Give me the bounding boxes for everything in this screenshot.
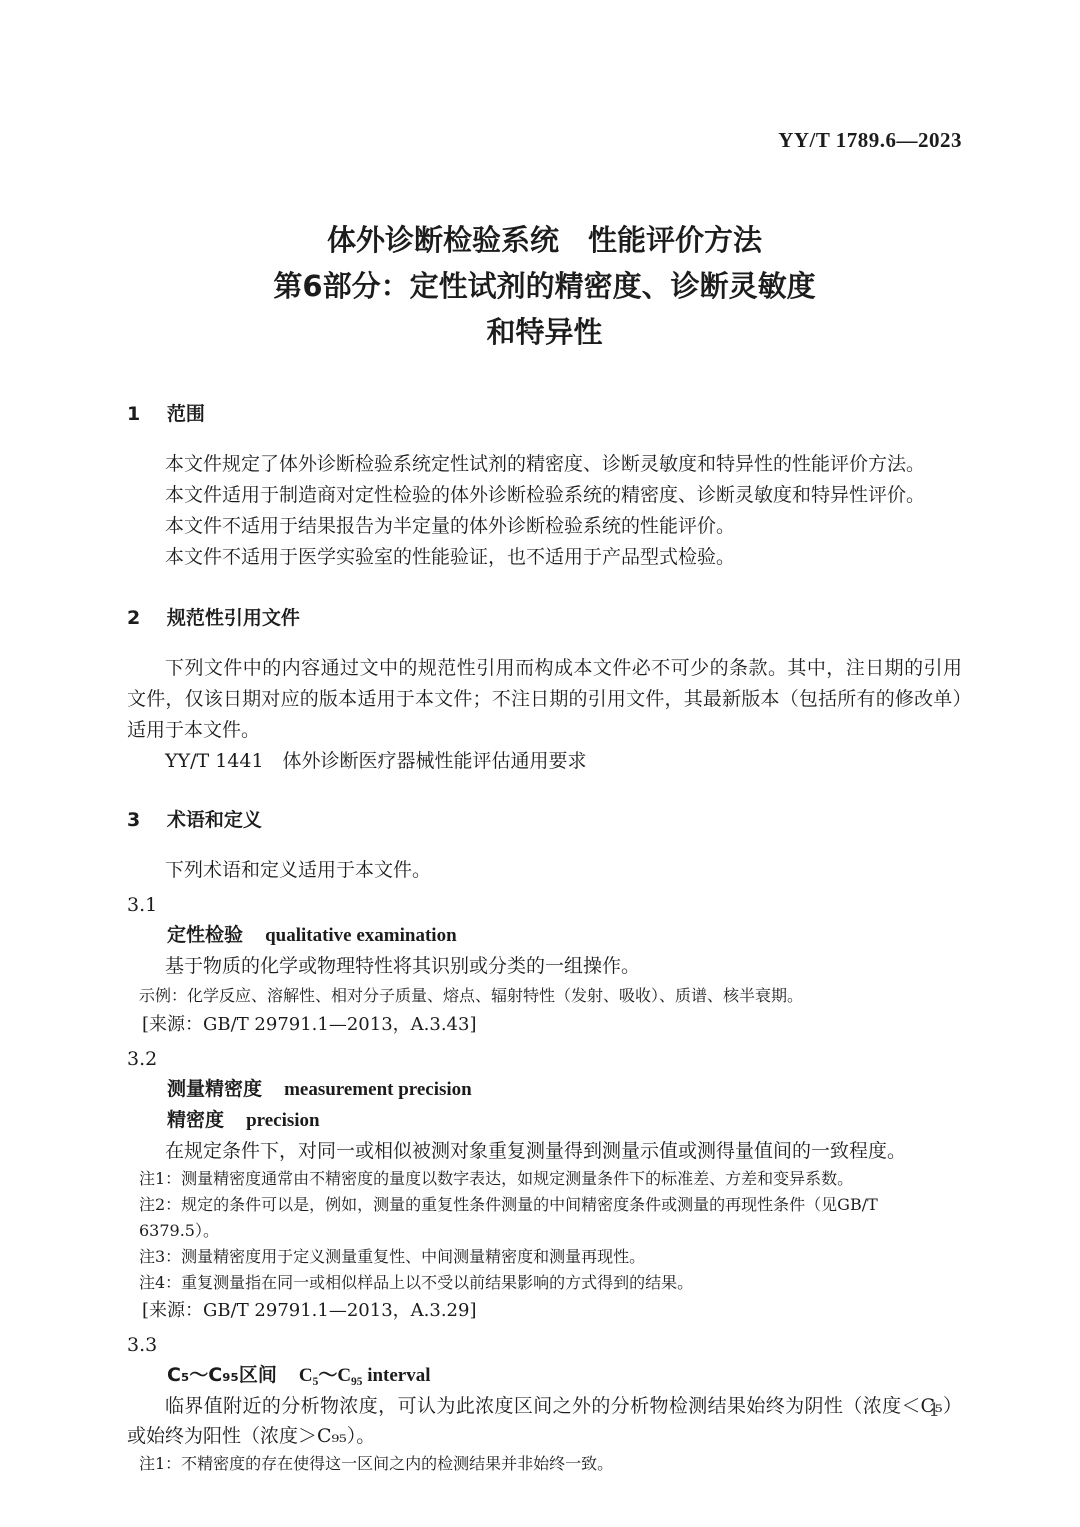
normative-reference-entry: YY/T 1441 体外诊断医疗器械性能评估通用要求 bbox=[127, 746, 962, 777]
term-note: 注3：测量精密度用于定义测量重复性、中间测量精密度和测量再现性。 bbox=[139, 1244, 962, 1270]
term-heading-alt: 精密度 precision bbox=[167, 1105, 962, 1136]
term-en: measurement precision bbox=[284, 1079, 472, 1100]
term-en: qualitative examination bbox=[265, 925, 457, 946]
standard-code: YY/T 1789.6—2023 bbox=[778, 128, 962, 152]
term-definition: 临界值附近的分析物浓度，可认为此浓度区间之外的分析物检测结果始终为阴性（浓度＜C… bbox=[127, 1391, 962, 1451]
term-en: precision bbox=[246, 1110, 320, 1131]
title-line-3: 和特异性 bbox=[127, 309, 962, 355]
term-heading: 定性检验 qualitative examination bbox=[167, 920, 962, 951]
term-id: 3.3 bbox=[127, 1330, 962, 1360]
section-1-title: 范围 bbox=[167, 401, 205, 427]
term-note: 注2：规定的条件可以是，例如，测量的重复性条件测量的中间精密度条件或测量的再现性… bbox=[139, 1192, 962, 1244]
term-zh: C₅～C₉₅区间 bbox=[167, 1364, 277, 1386]
terms-intro: 下列术语和定义适用于本文件。 bbox=[127, 855, 962, 886]
term-note: 注4：重复测量指在同一或相似样品上以不受以前结果影响的方式得到的结果。 bbox=[139, 1270, 962, 1296]
term-source: [来源：GB/T 29791.1—2013，A.3.29] bbox=[142, 1296, 962, 1326]
term-definition: 在规定条件下，对同一或相似被测对象重复测量得到测量示值或测得量值间的一致程度。 bbox=[127, 1136, 962, 1166]
document-title: 体外诊断检验系统 性能评价方法 第6部分：定性试剂的精密度、诊断灵敏度 和特异性 bbox=[127, 217, 962, 355]
term-entry-3-2: 3.2 测量精密度 measurement precision 精密度 prec… bbox=[127, 1044, 962, 1326]
term-example: 示例：化学反应、溶解性、相对分子质量、熔点、辐射特性（发射、吸收）、质谱、核半衰… bbox=[139, 981, 962, 1010]
title-line-2: 第6部分：定性试剂的精密度、诊断灵敏度 bbox=[127, 263, 962, 309]
section-3-title: 术语和定义 bbox=[167, 807, 262, 833]
section-2-heading: 2 规范性引用文件 bbox=[127, 605, 962, 631]
term-note: 注1：不精密度的存在使得这一区间之内的检测结果并非始终一致。 bbox=[139, 1451, 962, 1477]
term-definition: 基于物质的化学或物理特性将其识别或分类的一组操作。 bbox=[127, 951, 962, 981]
term-note: 注1：测量精密度通常由不精密度的量度以数字表达，如规定测量条件下的标准差、方差和… bbox=[139, 1166, 962, 1192]
term-en: C₅～C₉₅ interval bbox=[299, 1365, 431, 1386]
term-zh: 测量精密度 bbox=[167, 1078, 262, 1100]
normative-refs-paragraph: 下列文件中的内容通过文中的规范性引用而构成本文件必不可少的条款。其中，注日期的引… bbox=[127, 653, 962, 746]
term-source: [来源：GB/T 29791.1—2013，A.3.43] bbox=[142, 1010, 962, 1040]
page-number: 1 bbox=[929, 1400, 940, 1421]
scope-paragraph: 本文件不适用于医学实验室的性能验证，也不适用于产品型式检验。 bbox=[127, 542, 962, 573]
term-entry-3-3: 3.3 C₅～C₉₅区间 C₅～C₉₅ interval 临界值附近的分析物浓度… bbox=[127, 1330, 962, 1477]
term-id: 3.1 bbox=[127, 890, 962, 920]
term-entry-3-1: 3.1 定性检验 qualitative examination 基于物质的化学… bbox=[127, 890, 962, 1040]
scope-paragraph: 本文件适用于制造商对定性检验的体外诊断检验系统的精密度、诊断灵敏度和特异性评价。 bbox=[127, 480, 962, 511]
term-zh: 定性检验 bbox=[167, 924, 243, 946]
section-3-heading: 3 术语和定义 bbox=[127, 807, 962, 833]
section-3-number: 3 bbox=[127, 807, 140, 833]
title-line-1: 体外诊断检验系统 性能评价方法 bbox=[127, 217, 962, 263]
section-1-heading: 1 范围 bbox=[127, 401, 962, 427]
term-id: 3.2 bbox=[127, 1044, 962, 1074]
scope-paragraph: 本文件不适用于结果报告为半定量的体外诊断检验系统的性能评价。 bbox=[127, 511, 962, 542]
standard-code-header: YY/T 1789.6—2023 bbox=[127, 128, 962, 153]
document-page: YY/T 1789.6—2023 体外诊断检验系统 性能评价方法 第6部分：定性… bbox=[0, 0, 1080, 1527]
section-1-body: 本文件规定了体外诊断检验系统定性试剂的精密度、诊断灵敏度和特异性的性能评价方法。… bbox=[127, 449, 962, 573]
term-heading: 测量精密度 measurement precision bbox=[167, 1074, 962, 1105]
scope-paragraph: 本文件规定了体外诊断检验系统定性试剂的精密度、诊断灵敏度和特异性的性能评价方法。 bbox=[127, 449, 962, 480]
term-heading: C₅～C₉₅区间 C₅～C₉₅ interval bbox=[167, 1360, 962, 1391]
term-zh: 精密度 bbox=[167, 1109, 224, 1131]
section-1-number: 1 bbox=[127, 401, 140, 427]
section-3-body: 下列术语和定义适用于本文件。 3.1 定性检验 qualitative exam… bbox=[127, 855, 962, 1477]
section-2-body: 下列文件中的内容通过文中的规范性引用而构成本文件必不可少的条款。其中，注日期的引… bbox=[127, 653, 962, 777]
section-2-number: 2 bbox=[127, 605, 140, 631]
section-2-title: 规范性引用文件 bbox=[167, 605, 300, 631]
